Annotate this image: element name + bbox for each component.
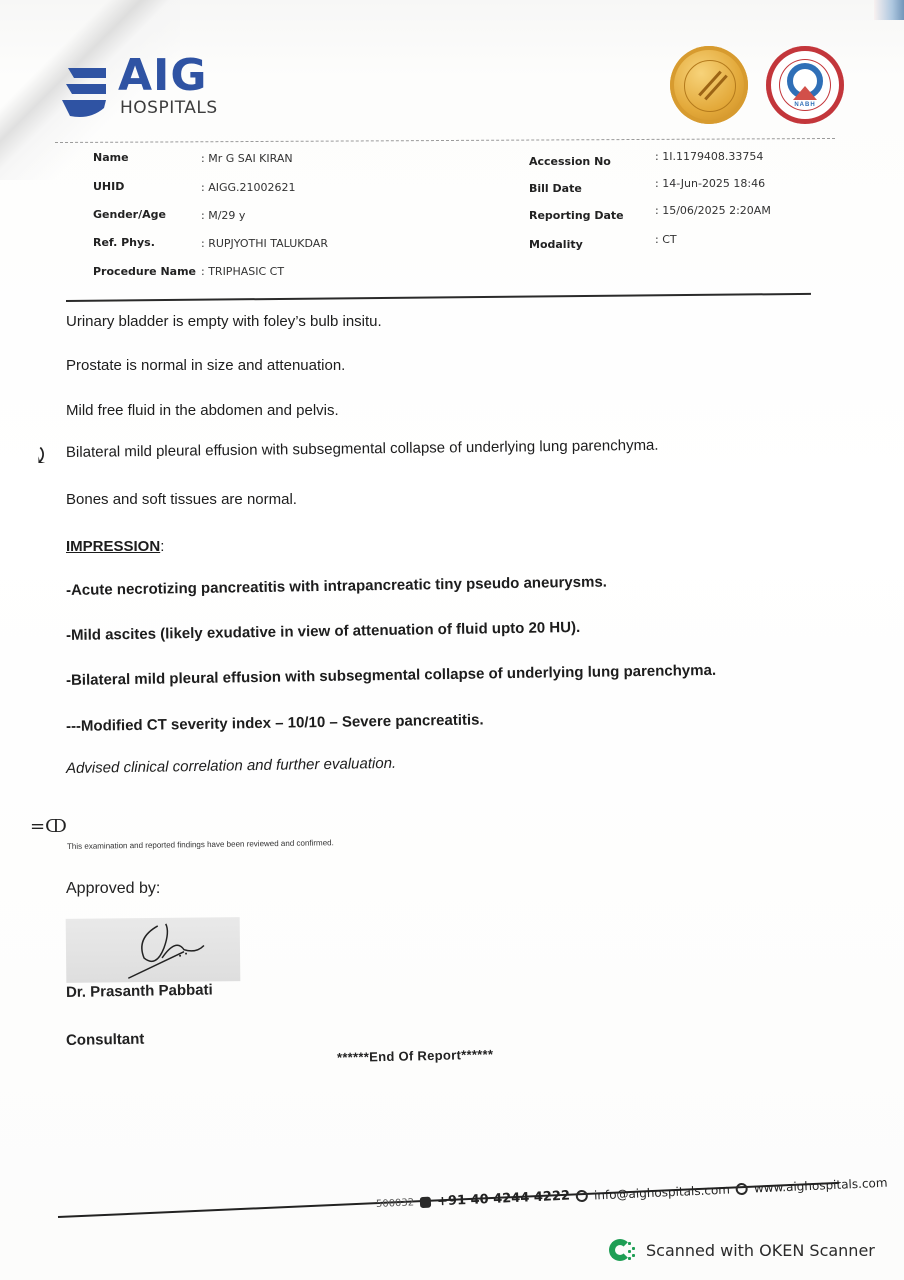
email-icon xyxy=(576,1189,589,1202)
logo-brand-text: AIG xyxy=(118,52,208,100)
scanner-watermark-text: Scanned with OKEN Scanner xyxy=(646,1241,875,1260)
footer-pincode: 500032 xyxy=(376,1197,415,1210)
oken-scanner-logo-icon xyxy=(608,1236,636,1264)
doctor-title: Consultant xyxy=(66,1031,145,1049)
finding-bones-soft-tissues: Bones and soft tissues are normal. xyxy=(66,491,297,508)
aig-logo-mark-icon xyxy=(60,62,110,120)
label-gender-age: Gender/Age xyxy=(93,208,166,221)
finding-free-fluid: Mild free fluid in the abdomen and pelvi… xyxy=(66,402,339,419)
label-uhid: UHID xyxy=(93,180,124,193)
finding-prostate: Prostate is normal in size and attenuati… xyxy=(66,357,345,374)
signature-image xyxy=(66,917,241,983)
impression-colon: : xyxy=(160,538,164,555)
value-bill-date: : 14-Jun-2025 18:46 xyxy=(655,177,765,190)
handwritten-mark-icon: ⤸ xyxy=(32,444,50,469)
scanner-watermark: Scanned with OKEN Scanner xyxy=(608,1236,875,1264)
label-modality: Modality xyxy=(529,238,583,251)
handwritten-initials-icon: =ↀ xyxy=(30,816,67,837)
finding-urinary-bladder: Urinary bladder is empty with foley’s bu… xyxy=(66,313,382,330)
scan-corner-artifact xyxy=(874,0,904,20)
impression-heading-text: IMPRESSION xyxy=(66,538,160,555)
label-ref-phys: Ref. Phys. xyxy=(93,236,155,249)
phone-icon xyxy=(420,1197,431,1208)
logo-subtitle-text: HOSPITALS xyxy=(120,98,218,118)
value-ref-phys: : RUPJYOTHI TALUKDAR xyxy=(201,237,328,250)
value-gender-age: : M/29 y xyxy=(201,209,245,222)
doctor-name: Dr. Prasanth Pabbati xyxy=(66,981,213,1001)
label-bill-date: Bill Date xyxy=(529,182,582,195)
nabh-label: NABH xyxy=(766,102,844,108)
value-accession-no: : 1I.1179408.33754 xyxy=(655,150,763,163)
impression-heading: IMPRESSION: xyxy=(66,538,164,555)
aig-hospitals-logo: AIG HOSPITALS xyxy=(60,52,240,124)
value-reporting-date: : 15/06/2025 2:20AM xyxy=(655,204,771,217)
value-modality: : CT xyxy=(655,233,677,246)
globe-icon xyxy=(736,1182,749,1195)
value-uhid: : AIGG.21002621 xyxy=(201,181,296,194)
value-name: : Mr G SAI KIRAN xyxy=(201,152,293,165)
nabh-seal-icon: NABH xyxy=(766,46,844,124)
label-procedure-name: Procedure Name xyxy=(93,265,196,278)
jci-seal-icon xyxy=(670,46,748,124)
label-reporting-date: Reporting Date xyxy=(529,209,624,222)
value-procedure-name: : TRIPHASIC CT xyxy=(201,265,284,278)
approved-by-label: Approved by: xyxy=(66,880,160,898)
signature-icon xyxy=(66,917,241,983)
label-name: Name xyxy=(93,151,129,164)
label-accession-no: Accession No xyxy=(529,155,611,168)
